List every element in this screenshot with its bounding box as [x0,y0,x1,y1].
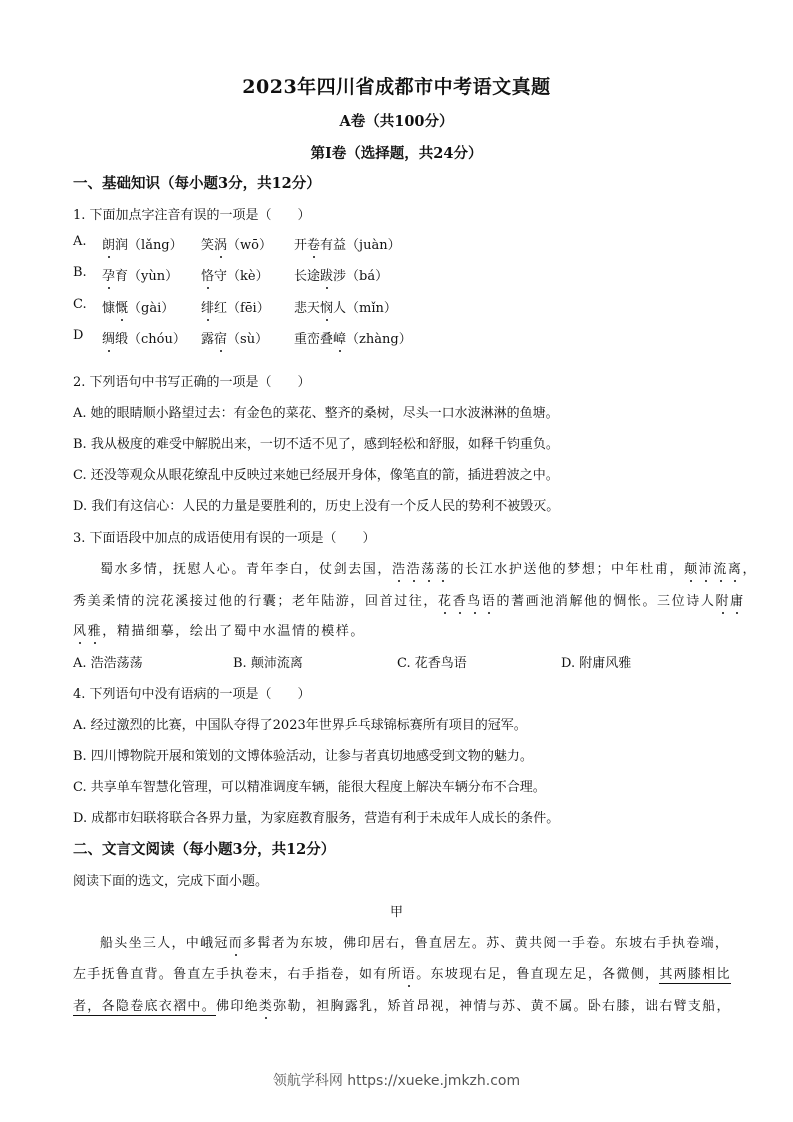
question-3-option-a: A. 浩浩荡荡 [73,652,143,671]
question-1-option-item: 悲天悯人（mǐn） [294,297,397,316]
dotted-char: 附 [715,590,730,609]
pinyin-text: （lǎng） [128,238,183,253]
question-1-option-item: 绯红（fēi） [201,297,270,316]
pinyin-text: （juàn） [346,238,401,253]
dotted-char: 悯 [320,297,333,316]
dotted-char: 雅 [88,620,103,639]
dotted-char: 风 [73,620,88,639]
question-2-option-c: C. 还没等观众从眼花缭乱中反映过来她已经展开身体，像笔直的箭，插进碧波之中。 [73,464,559,483]
word-text: 露 [201,332,214,347]
classical-passage-line-1: 船头坐三人，中峨冠而多髯者为东坡，佛印居右，鲁直居左。苏、黄共阅一手卷。东坡右手… [100,932,729,951]
question-1-option-item: 露宿（sù） [201,328,268,347]
dotted-idiom: 浩浩荡荡 [392,562,450,577]
dotted-char: 涡 [214,234,227,253]
question-3-option-d: D. 附庸风雅 [561,652,631,671]
pinyin-text: （wō） [227,238,272,253]
dotted-idiom: 附庸 [715,594,744,609]
dotted-char: 嶂 [333,328,346,347]
dotted-char: 而 [229,932,243,951]
dotted-idiom: 花香鸟语 [438,594,496,609]
question-3-option-c: C. 花香鸟语 [397,652,467,671]
word-text: 涉 [333,269,346,284]
question-3-passage-line-3: 风雅，精描细摹，绘出了蜀中水温情的模样。 [73,620,365,639]
dotted-char: 沛 [699,558,714,577]
passage-text: 弥勒，袒胸露乳，矫首昂视，神情与苏、黄不属。卧右膝，诎右臂支船， [273,999,731,1014]
question-4-option-c: C. 共享单车智慧化管理，可以精准调度车辆，能很大程度上解决车辆分布不合理。 [73,776,546,795]
question-2-option-a: A. 她的眼睛顺小路望过去：有金色的菜花、整齐的桑树，尽头一口水波淋淋的鱼塘。 [73,402,559,421]
underlined-sentence: 其两膝相比 [659,967,731,984]
document-title: 2023年四川省成都市中考语文真题 [0,72,793,99]
question-1-option-item: 孕育（yùn） [102,265,178,284]
section-2-heading: 二、文言文阅读（每小题3分，共12分） [73,838,335,859]
dotted-char: 语 [402,963,416,982]
dotted-char: 荡 [436,558,451,577]
word-text: 长途 [294,269,320,284]
question-1-option-item: 笑涡（wō） [201,234,272,253]
dotted-char: 浩 [407,558,422,577]
passage-text: 蜀水多情，抚慰人心。青年李白，仗剑去国， [100,562,392,577]
dotted-char: 颠 [684,558,699,577]
pinyin-text: （fēi） [227,301,270,316]
question-1-option-item: 恪守（kè） [201,265,269,284]
dotted-char: 宿 [214,328,227,347]
pinyin-text: （bá） [346,269,388,284]
footer-watermark: 领航学科网 https://xueke.jmkzh.com [0,1070,793,1090]
word-text: 开 [294,238,307,253]
dotted-char: 浩 [392,558,407,577]
question-4-option-a: A. 经过激烈的比赛，中国队夺得了2023年世界乒乓球锦标赛所有项目的冠军。 [73,714,527,733]
word-text: 人 [333,301,346,316]
passage-label: 甲 [0,901,793,920]
passage-text: 船头坐三人，中峨冠 [100,936,229,951]
question-1-option-item: 重峦叠嶂（zhàng） [294,328,412,347]
pinyin-text: （chóu） [128,332,186,347]
word-text: 育 [115,269,128,284]
word-text: 润 [115,238,128,253]
question-4-option-d: D. 成都市妇联将联合各界力量，为家庭教育服务，营造有利于未成年人成长的条件。 [73,807,559,826]
question-1-option-item: 绸缎（chóu） [102,328,186,347]
dotted-char: 孕 [102,265,115,284]
pinyin-text: （mǐn） [346,301,397,316]
underlined-sentence: 者，各隐卷底衣褶中。 [73,999,216,1016]
classical-passage-line-3: 者，各隐卷底衣褶中。佛印绝类弥勒，袒胸露乳，矫首昂视，神情与苏、黄不属。卧右膝，… [73,995,731,1014]
dotted-char: 绸 [102,328,115,347]
dotted-char: 慨 [115,297,128,316]
question-3-passage-line-2: 秀美柔情的浣花溪接过他的行囊；老年陆游，回首过往，花香鸟语的蓍画池消解他的惆怅。… [73,590,745,609]
dotted-char: 庸 [730,590,745,609]
passage-text: 的长江水护送他的梦想；中年杜甫， [450,562,684,577]
word-text: 守 [214,269,227,284]
passage-text: 多髯者为东坡，佛印居右，鲁直居左。苏、黄共阅一手卷。东坡右手执卷端， [243,936,729,951]
dotted-char: 花 [438,590,453,609]
word-text: 悲天 [294,301,320,316]
dotted-char: 类 [259,995,273,1014]
question-4-stem: 4. 下列语句中没有语病的一项是（ ） [73,683,311,702]
passage-text: 秀美柔情的浣花溪接过他的行囊；老年陆游，回首过往， [73,594,438,609]
question-2-option-d: D. 我们有这信心：人民的力量是要胜利的，历史上没有一个反人民的势利不被毁灭。 [73,495,559,514]
dotted-char: 卷 [307,234,320,253]
pinyin-text: （sù） [227,332,268,347]
dotted-char: 流 [713,558,728,577]
exam-page: 2023年四川省成都市中考语文真题 A卷（共100分） 第Ⅰ卷（选择题，共24分… [0,0,793,1122]
word-text: 慷 [102,301,115,316]
word-text: 重峦叠 [294,332,333,347]
passage-text: ，精描细摹，绘出了蜀中水温情的模样。 [102,624,365,639]
word-text: 有益 [320,238,346,253]
dotted-char: 恪 [201,265,214,284]
question-3-stem: 3. 下面语段中加点的成语使用有误的一项是（ ） [73,527,376,546]
question-2-option-b: B. 我从极度的难受中解脱出来，一切不适不见了，感到轻松和舒服，如释千钧重负。 [73,433,559,452]
pinyin-text: （zhàng） [346,332,412,347]
pinyin-text: （gài） [128,301,174,316]
passage-text: 佛印绝 [216,999,259,1014]
question-1-option-label: D [73,328,83,343]
section-2-instruction: 阅读下面的选文，完成下面小题。 [73,870,268,889]
section-1-heading: 一、基础知识（每小题3分，共12分） [73,172,321,193]
word-text: 缎 [115,332,128,347]
dotted-char: 绯 [201,297,214,316]
dotted-char: 鸟 [467,590,482,609]
paper-a-heading: A卷（共100分） [0,110,793,131]
passage-text: 的蓍画池消解他的惆怅。三位诗人 [496,594,715,609]
pinyin-text: （yùn） [128,269,178,284]
part-1-heading: 第Ⅰ卷（选择题，共24分） [0,142,793,163]
question-1-option-label: B. [73,265,87,280]
question-1-option-item: 朗润（lǎng） [102,234,183,253]
question-1-option-item: 长途跋涉（bá） [294,265,388,284]
dotted-char: 荡 [421,558,436,577]
passage-text: 。东坡现右足，鲁直现左足，各微侧， [416,967,659,982]
word-text: 红 [214,301,227,316]
passage-text: 左手抚鲁直背。鲁直左手执卷末，右手指卷，如有所 [73,967,402,982]
word-text: 笑 [201,238,214,253]
dotted-char: 跋 [320,265,333,284]
dotted-idiom: 风雅 [73,624,102,639]
classical-passage-line-2: 左手抚鲁直背。鲁直左手执卷末，右手指卷，如有所语。东坡现右足，鲁直现左足，各微侧… [73,963,731,982]
question-1-option-label: C. [73,297,87,312]
question-1-option-item: 慷慨（gài） [102,297,174,316]
dotted-char: 香 [453,590,468,609]
dotted-char: 语 [482,590,497,609]
question-4-option-b: B. 四川博物院开展和策划的文博体验活动，让参与者真切地感受到文物的魅力。 [73,745,533,764]
question-3-passage-line-1: 蜀水多情，抚慰人心。青年李白，仗剑去国，浩浩荡荡的长江水护送他的梦想；中年杜甫，… [100,558,757,577]
dotted-char: 离 [728,558,743,577]
question-1-option-label: A. [73,234,87,249]
passage-text: ， [743,562,758,577]
question-3-option-b: B. 颠沛流离 [233,652,303,671]
question-2-stem: 2. 下列语句中书写正确的一项是（ ） [73,371,311,390]
pinyin-text: （kè） [227,269,269,284]
question-1-option-item: 开卷有益（juàn） [294,234,401,253]
dotted-char: 朗 [102,234,115,253]
dotted-idiom: 颠沛流离 [684,562,742,577]
question-1-stem: 1. 下面加点字注音有误的一项是（ ） [73,204,311,223]
